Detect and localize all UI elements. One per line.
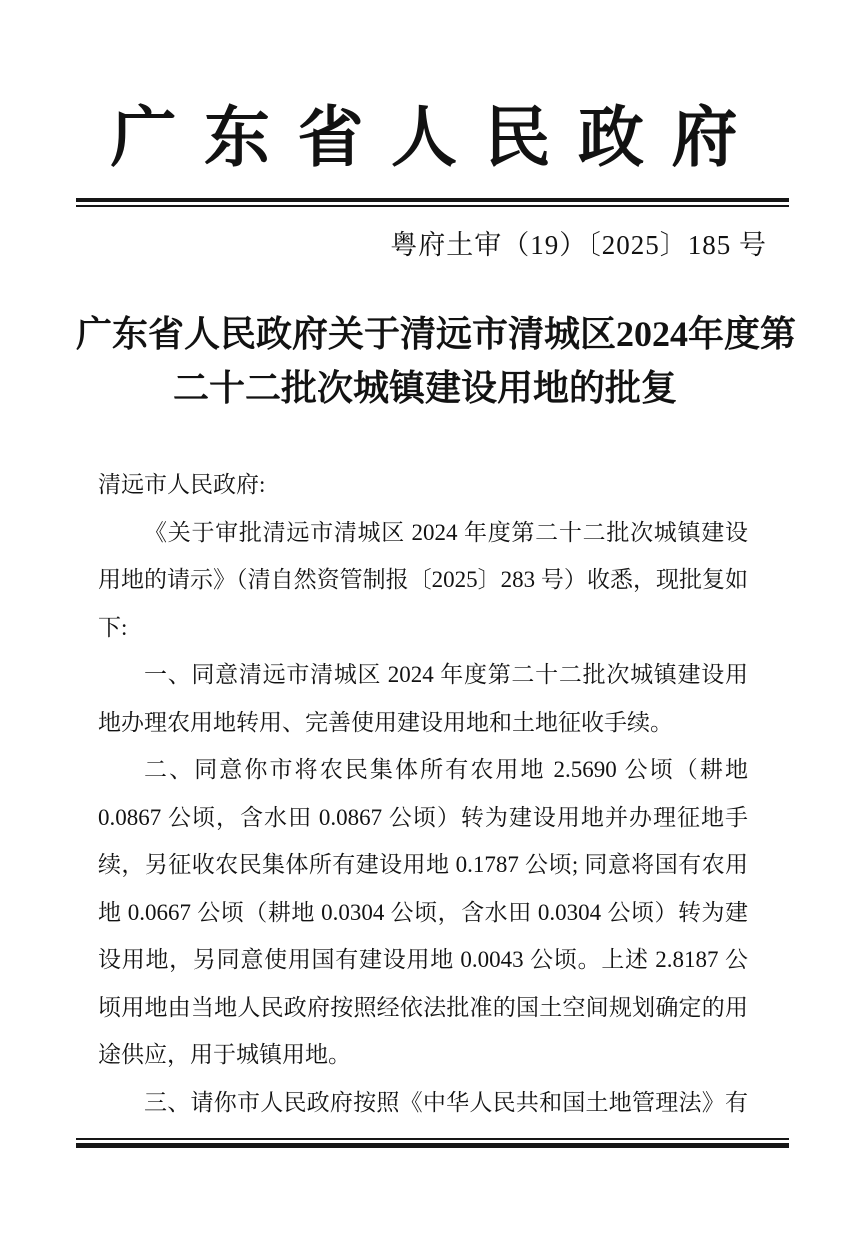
body-line: 下: [98,604,748,652]
document-title-line-2: 二十二批次城镇建设用地的批复 [76,361,774,415]
body-line: 三、请你市人民政府按照《中华人民共和国土地管理法》有 [98,1079,748,1127]
body-line-salutation: 清远市人民政府: [98,461,748,509]
document-title-line-1: 广东省人民政府关于清远市清城区2024年度第 [76,307,774,361]
body-line: 用地的请示》（清自然资管制报〔2025〕283 号）收悉，现批复如 [98,556,748,604]
document-page: 广 东 省 人 民 政 府 粤府土审（19）〔2025〕185 号 广东省人民政… [0,0,850,1241]
page-foot-divider [76,1138,789,1148]
body-line: 途供应，用于城镇用地。 [98,1031,748,1079]
body-line: 《关于审批清远市清城区 2024 年度第二十二批次城镇建设 [98,509,748,557]
document-number: 粤府土审（19）〔2025〕185 号 [0,229,850,261]
document-body: 清远市人民政府: 《关于审批清远市清城区 2024 年度第二十二批次城镇建设 用… [98,461,748,1126]
body-line: 顷用地由当地人民政府按照经依法批准的国土空间规划确定的用 [98,984,748,1032]
body-line: 二、同意你市将农民集体所有农用地 2.5690 公顷（耕地 [98,746,748,794]
body-line: 设用地，另同意使用国有建设用地 0.0043 公顷。上述 2.8187 公 [98,936,748,984]
masthead-divider [76,198,789,207]
body-line: 一、同意清远市清城区 2024 年度第二十二批次城镇建设用 [98,651,748,699]
body-line: 0.0867 公顷，含水田 0.0867 公顷）转为建设用地并办理征地手 [98,794,748,842]
masthead-title: 广 东 省 人 民 政 府 [0,102,850,176]
body-line: 续，另征收农民集体所有建设用地 0.1787 公顷; 同意将国有农用 [98,841,748,889]
body-line: 地 0.0667 公顷（耕地 0.0304 公顷，含水田 0.0304 公顷）转… [98,889,748,937]
document-title: 广东省人民政府关于清远市清城区2024年度第 二十二批次城镇建设用地的批复 [76,307,774,415]
body-line: 地办理农用地转用、完善使用建设用地和土地征收手续。 [98,699,748,747]
